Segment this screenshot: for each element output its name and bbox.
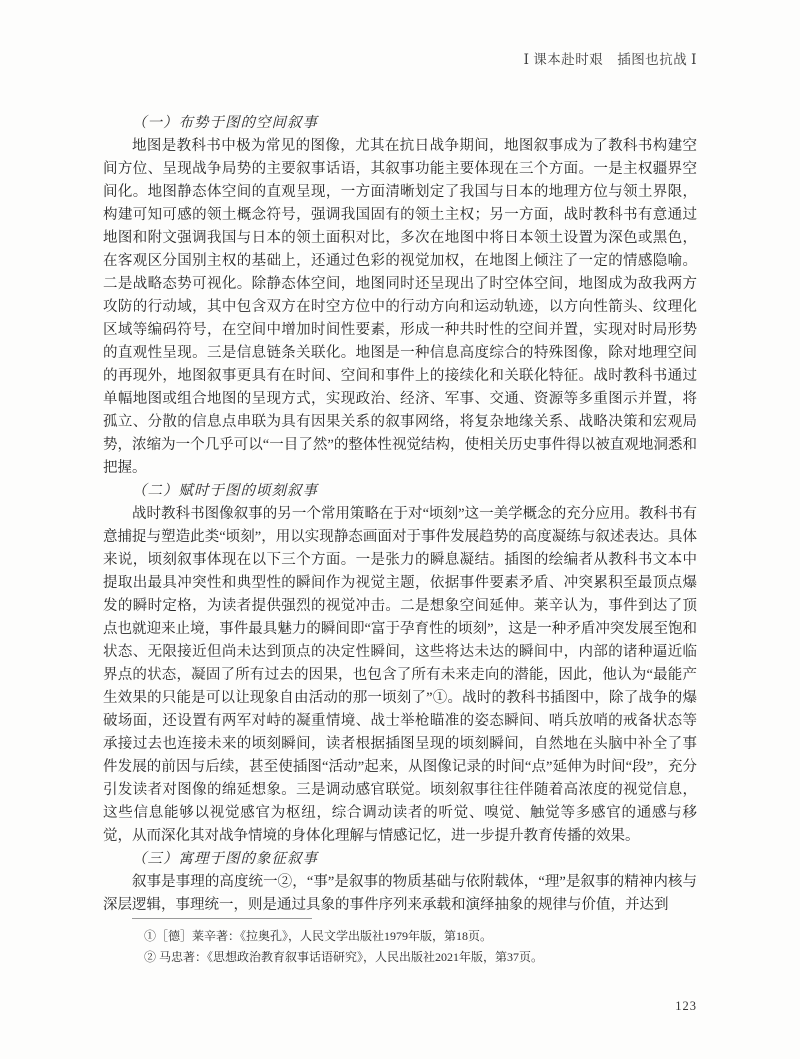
page-number: 123	[103, 999, 697, 1014]
footnote-1: ①［德］莱辛著：《拉奥孔》，人民文学出版社1979年版，第18页。	[103, 926, 697, 947]
running-header-text: Ⅰ 课本赴时艰 插图也抗战 Ⅰ	[524, 52, 697, 67]
book-page: Ⅰ 课本赴时艰 插图也抗战 Ⅰ （一）布势于图的空间叙事 地图是教科书中极为常见…	[0, 0, 800, 1059]
section-heading-moment-narrative: （二）赋时于图的顷刻叙事	[103, 480, 697, 503]
footnotes-block: ①［德］莱辛著：《拉奥孔》，人民文学出版社1979年版，第18页。 ② 马忠著：…	[103, 918, 697, 968]
footnote-2: ② 马忠著：《思想政治教育叙事话语研究》，人民出版社2021年版，第37页。	[103, 947, 697, 968]
paragraph-moment-narrative: 战时教科书图像叙事的另一个常用策略在于对“顷刻”这一美学概念的充分应用。教科书有…	[103, 503, 697, 848]
running-header: Ⅰ 课本赴时艰 插图也抗战 Ⅰ	[103, 51, 697, 69]
footnote-divider	[132, 918, 312, 919]
section-heading-spatial-narrative: （一）布势于图的空间叙事	[103, 112, 697, 135]
paragraph-symbolic-narrative: 叙事是事理的高度统一②，“事”是叙事的物质基础与依附载体，“理”是叙事的精神内核…	[103, 871, 697, 917]
page-content: （一）布势于图的空间叙事 地图是教科书中极为常见的图像，尤其在抗日战争期间，地图…	[103, 112, 697, 917]
section-heading-symbolic-narrative: （三）寓理于图的象征叙事	[103, 848, 697, 871]
paragraph-spatial-narrative: 地图是教科书中极为常见的图像，尤其在抗日战争期间，地图叙事成为了教科书构建空间方…	[103, 135, 697, 480]
